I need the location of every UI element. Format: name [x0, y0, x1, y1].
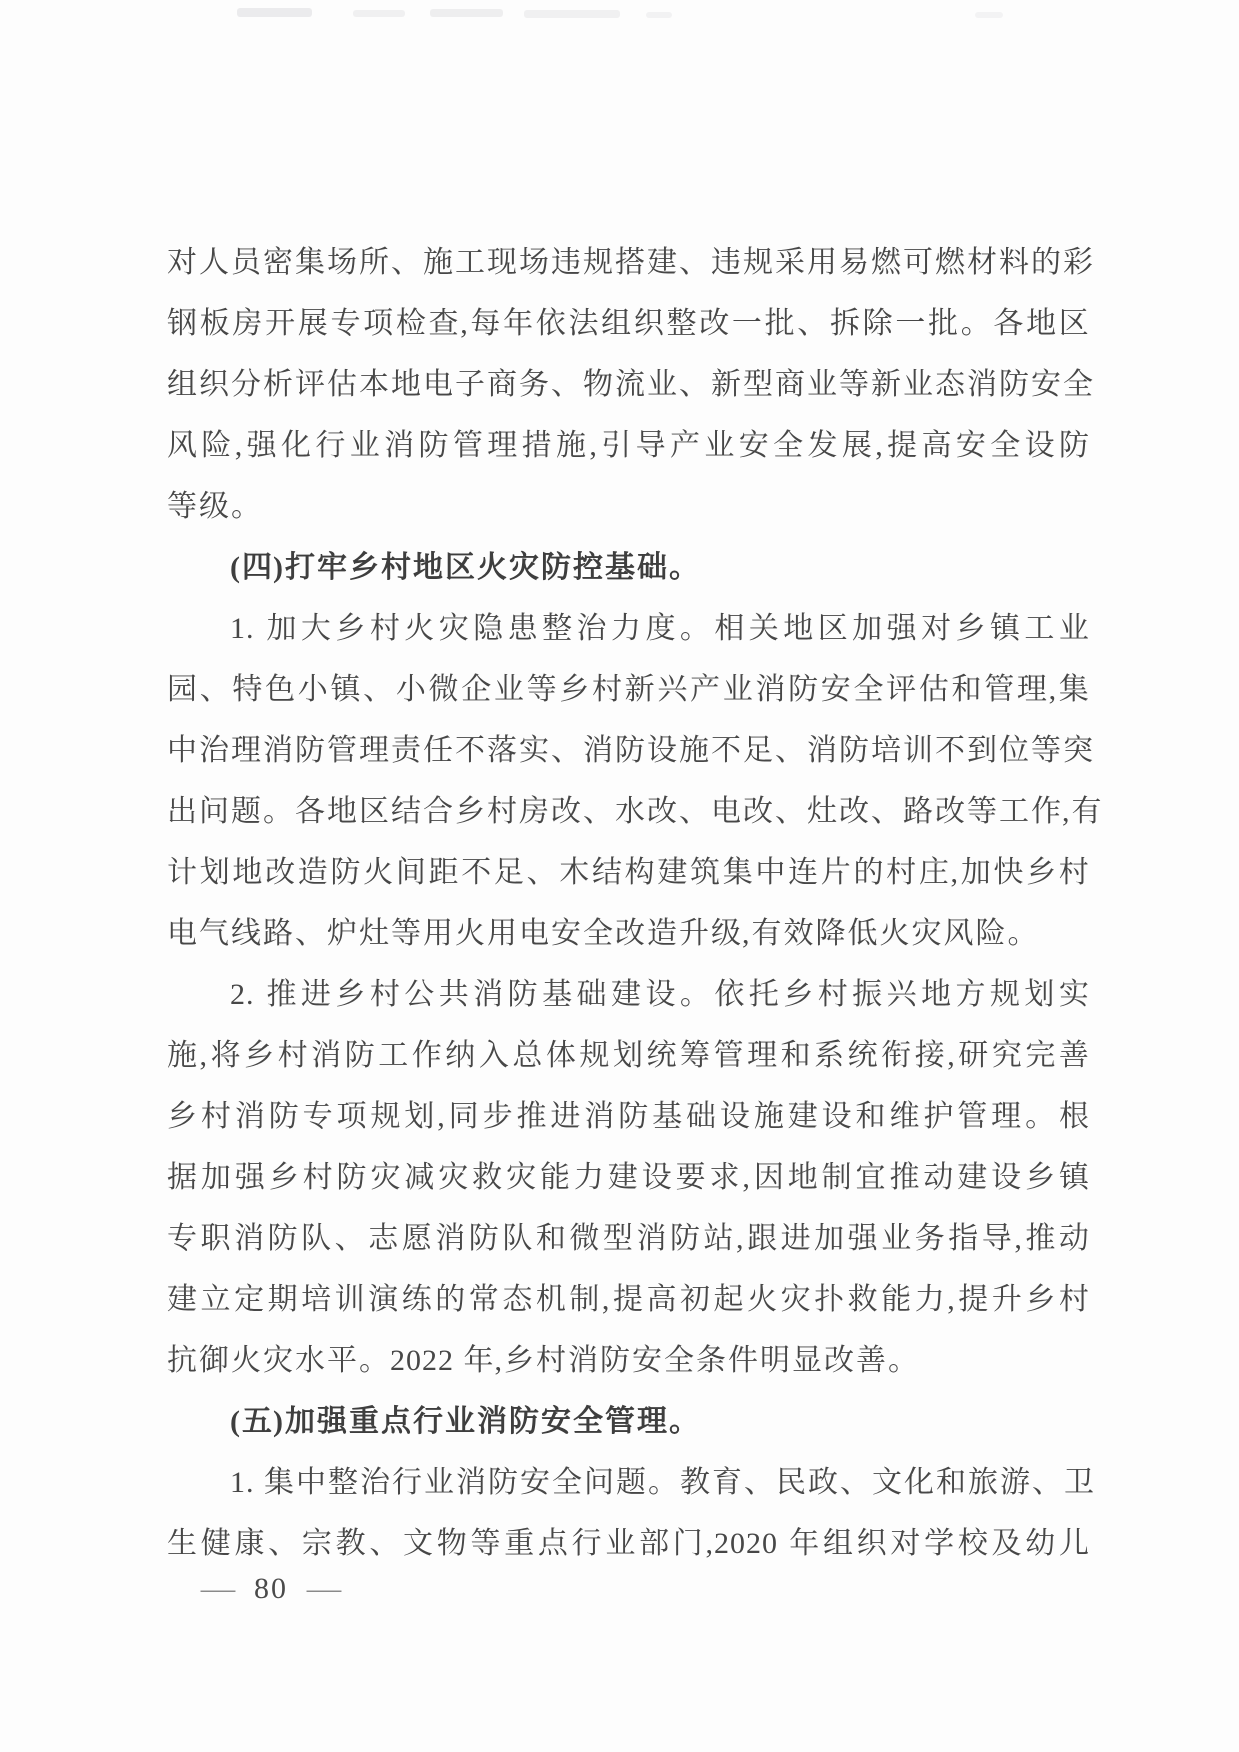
text-line: 组织分析评估本地电子商务、物流业、新型商业等新业态消防安全 [166, 354, 1090, 415]
text-line: 乡村消防专项规划,同步推进消防基础设施建设和维护管理。根 [166, 1086, 1090, 1147]
text-line: 等级。 [166, 476, 1090, 537]
text-line: 1. 加大乡村火灾隐患整治力度。相关地区加强对乡镇工业 [166, 598, 1090, 659]
text-line: 施,将乡村消防工作纳入总体规划统筹管理和系统衔接,研究完善 [166, 1025, 1090, 1086]
paragraph: 1. 集中整治行业消防安全问题。教育、民政、文化和旅游、卫生健康、宗教、文物等重… [166, 1452, 1090, 1574]
text-line: 据加强乡村防灾减灾救灾能力建设要求,因地制宜推动建设乡镇 [166, 1147, 1090, 1208]
text-line: 生健康、宗教、文物等重点行业部门,2020 年组织对学校及幼儿 [166, 1513, 1090, 1574]
section-heading: (五)加强重点行业消防安全管理。 [166, 1391, 1090, 1452]
text-line: 对人员密集场所、施工现场违规搭建、违规采用易燃可燃材料的彩 [166, 232, 1090, 293]
text-line: 专职消防队、志愿消防队和微型消防站,跟进加强业务指导,推动 [166, 1208, 1090, 1269]
footer-dash-right: — [307, 1572, 342, 1606]
paragraph: 1. 加大乡村火灾隐患整治力度。相关地区加强对乡镇工业园、特色小镇、小微企业等乡… [166, 598, 1090, 964]
text-line: 计划地改造防火间距不足、木结构建筑集中连片的村庄,加快乡村 [166, 842, 1090, 903]
document-body: 对人员密集场所、施工现场违规搭建、违规采用易燃可燃材料的彩钢板房开展专项检查,每… [166, 232, 1090, 1574]
text-line: 1. 集中整治行业消防安全问题。教育、民政、文化和旅游、卫 [166, 1452, 1090, 1513]
page-number: 80 [254, 1572, 288, 1606]
text-line: 建立定期培训演练的常态机制,提高初起火灾扑救能力,提升乡村 [166, 1269, 1090, 1330]
text-line: 电气线路、炉灶等用火用电安全改造升级,有效降低火灾风险。 [166, 903, 1090, 964]
text-line: 风险,强化行业消防管理措施,引导产业安全发展,提高安全设防 [166, 415, 1090, 476]
document-page: 对人员密集场所、施工现场违规搭建、违规采用易燃可燃材料的彩钢板房开展专项检查,每… [0, 0, 1239, 1752]
text-line: 2. 推进乡村公共消防基础建设。依托乡村振兴地方规划实 [166, 964, 1090, 1025]
page-footer: — 80 — [203, 1572, 339, 1606]
paragraph: 2. 推进乡村公共消防基础建设。依托乡村振兴地方规划实施,将乡村消防工作纳入总体… [166, 964, 1090, 1391]
text-line: (五)加强重点行业消防安全管理。 [166, 1391, 1090, 1452]
text-line: 园、特色小镇、小微企业等乡村新兴产业消防安全评估和管理,集 [166, 659, 1090, 720]
paragraph: 对人员密集场所、施工现场违规搭建、违规采用易燃可燃材料的彩钢板房开展专项检查,每… [166, 232, 1090, 537]
text-line: 钢板房开展专项检查,每年依法组织整改一批、拆除一批。各地区 [166, 293, 1090, 354]
text-line: 中治理消防管理责任不落实、消防设施不足、消防培训不到位等突 [166, 720, 1090, 781]
text-line: (四)打牢乡村地区火灾防控基础。 [166, 537, 1090, 598]
footer-dash-left: — [201, 1572, 236, 1606]
text-line: 抗御火灾水平。2022 年,乡村消防安全条件明显改善。 [166, 1330, 1090, 1391]
text-line: 出问题。各地区结合乡村房改、水改、电改、灶改、路改等工作,有 [166, 781, 1090, 842]
section-heading: (四)打牢乡村地区火灾防控基础。 [166, 537, 1090, 598]
